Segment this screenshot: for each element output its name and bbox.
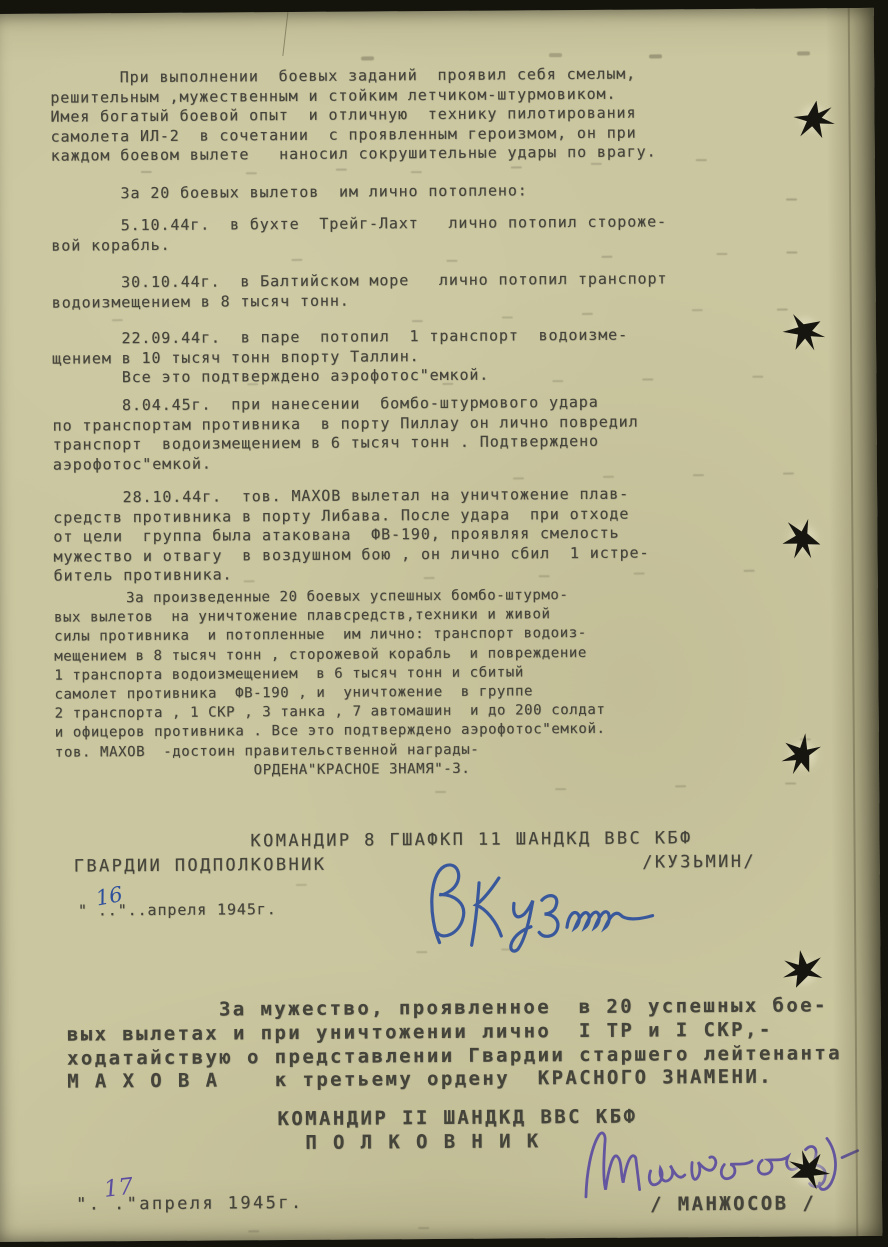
paragraph-sortie-3: 22.09.44г. в паре потопил 1 транспорт во…	[52, 326, 628, 389]
torn-hole	[783, 88, 843, 148]
paragraph-sortie-2: 30.10.44г. в Балтийском море лично потоп…	[52, 269, 668, 312]
paragraph-sortie-5: 28.10.44г. тов. МАХОВ вылетал на уничтож…	[53, 485, 650, 587]
handwritten-day-17: 17	[103, 1174, 135, 1203]
ink-bleed-speckles	[0, 14, 1, 16]
paragraph-intro: При выполнении боевых заданий проявил се…	[50, 64, 656, 166]
signature-kuzmin-ink	[414, 845, 668, 960]
paragraph-conclusion: За произведенные 20 боевых успешных бомб…	[54, 586, 606, 782]
document-page: При выполнении боевых заданий проявил се…	[0, 8, 882, 1242]
torn-hole	[775, 300, 835, 360]
torn-hole	[778, 1141, 838, 1201]
scan-background: При выполнении боевых заданий проявил се…	[0, 0, 888, 1247]
page-fold-line	[848, 8, 859, 1236]
torn-hole	[773, 508, 833, 568]
torn-hole	[773, 941, 833, 1001]
paper-crease	[282, 12, 288, 56]
torn-hole	[773, 725, 833, 785]
paragraph-totals-header: За 20 боевых вылетов им лично потоплено:	[51, 181, 528, 204]
paragraph-sortie-1: 5.10.44г. в бухте Трейг-Лахт лично потоп…	[51, 212, 667, 255]
paragraph-petition: За мужество, проявленное в 20 успешных б…	[67, 994, 843, 1095]
handwritten-day-16: 16	[94, 882, 125, 910]
paragraph-sortie-4: 8.04.45г. при нанесении бомбо-штурмового…	[52, 393, 638, 475]
